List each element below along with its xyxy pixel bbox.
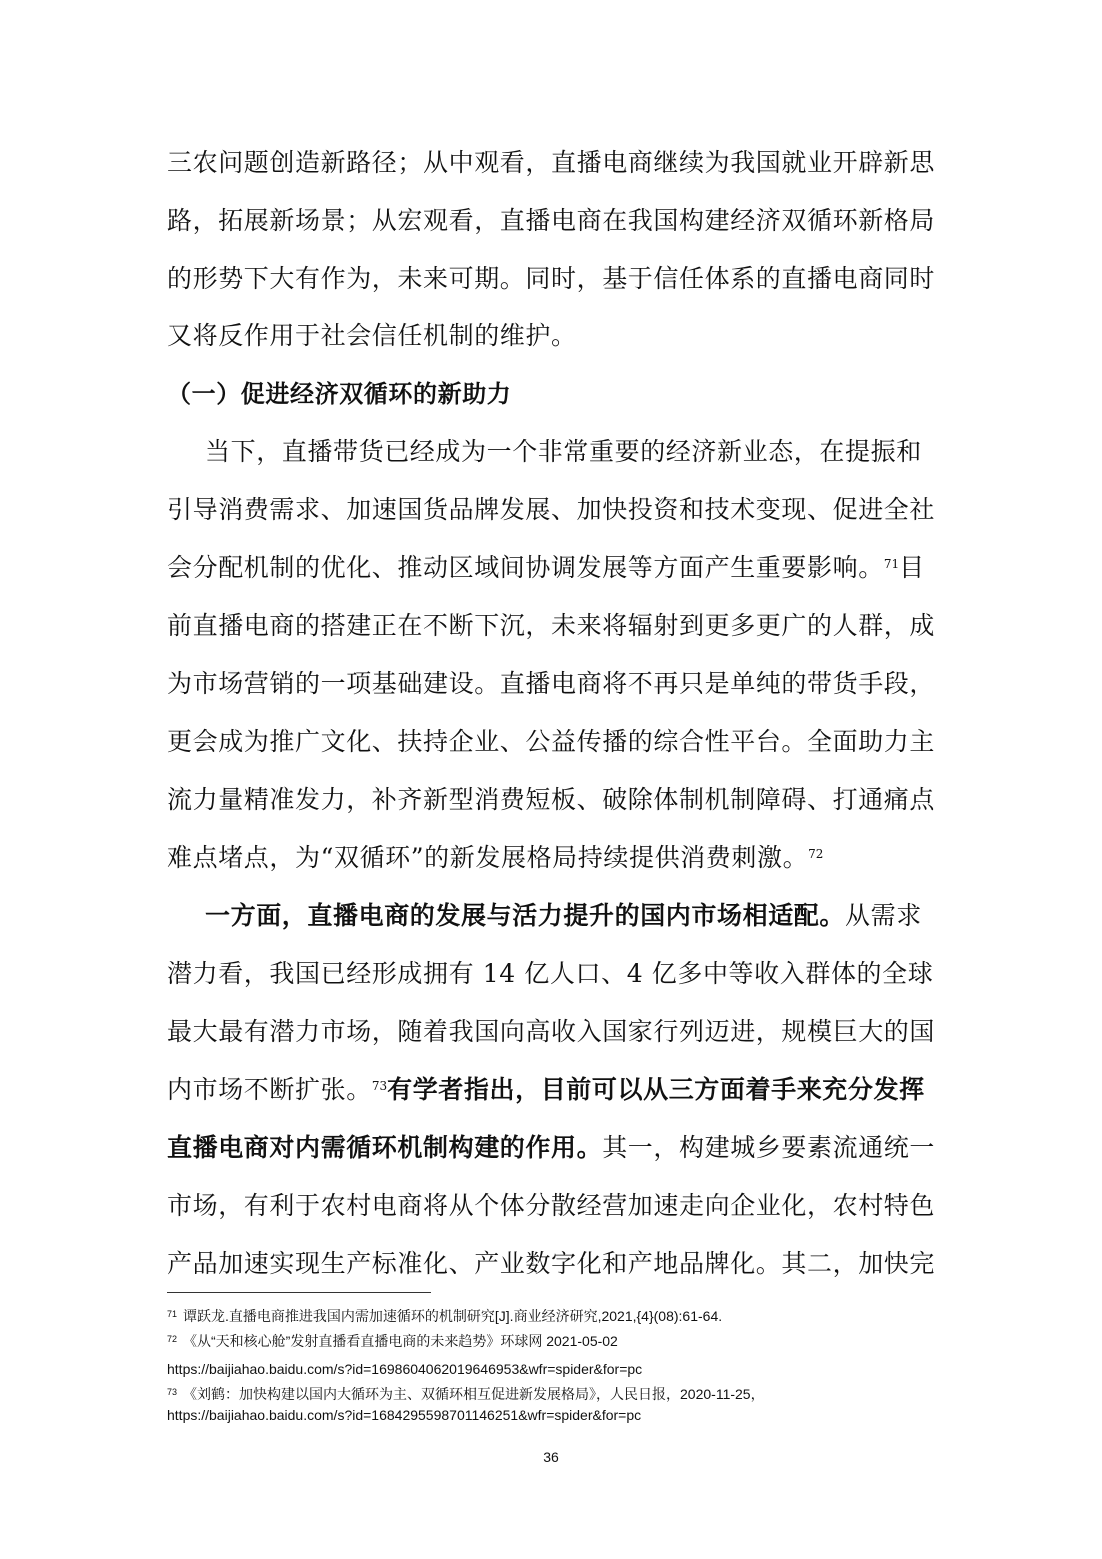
section-heading: （一）促进经济双循环的新助力: [167, 376, 937, 412]
footnote-71: 71谭跃龙.直播电商推进我国内需加速循环的机制研究[J].商业经济研究,2021…: [167, 1306, 722, 1326]
body-line: 内市场不断扩张。73有学者指出，目前可以从三方面着手来充分发挥: [167, 1072, 937, 1108]
footnote-number: 73: [167, 1387, 177, 1397]
body-line: 市场，有利于农村电商将从个体分散经营加速走向企业化，农村特色: [167, 1188, 937, 1224]
footnote-ref-72[interactable]: 72: [808, 847, 823, 861]
body-line: 前直播电商的搭建正在不断下沉，未来将辐射到更多更广的人群，成: [167, 608, 937, 644]
body-line: 一方面，直播电商的发展与活力提升的国内市场相适配。从需求: [205, 898, 937, 934]
body-line: 难点堵点，为“双循环”的新发展格局持续提供消费刺激。72: [167, 840, 937, 876]
footnote-number: 71: [167, 1309, 177, 1319]
body-line: 流力量精准发力，补齐新型消费短板、破除体制机制障碍、打通痛点: [167, 782, 937, 818]
body-line: 当下，直播带货已经成为一个非常重要的经济新业态，在提振和: [205, 434, 937, 470]
footnote-72: 72《从“天和核心舱”发射直播看直播电商的未来趋势》环球网 2021-05-02: [167, 1331, 618, 1351]
body-line: 路，拓展新场景；从宏观看，直播电商在我国构建经济双循环新格局: [167, 203, 937, 239]
body-line: 的形势下大有作为，未来可期。同时，基于信任体系的直播电商同时: [167, 261, 937, 297]
text-span: 难点堵点，为“双循环”的新发展格局持续提供消费刺激。: [167, 843, 808, 872]
text-span: 其一，构建城乡要素流通统一: [602, 1133, 935, 1162]
footnote-ref-73[interactable]: 73: [372, 1079, 387, 1093]
body-line: 又将反作用于社会信任机制的维护。: [167, 318, 937, 354]
text-span: 目: [899, 553, 925, 582]
footnote-divider: [167, 1292, 431, 1293]
footnote-73: 73《刘鹤：加快构建以国内大循环为主、双循环相互促进新发展格局》，人民日报，20…: [167, 1384, 765, 1404]
footnote-link[interactable]: https://baijiahao.baidu.com/s?id=1698604…: [167, 1361, 642, 1377]
document-page: 三农问题创造新路径；从中观看，直播电商继续为我国就业开辟新思 路，拓展新场景；从…: [0, 0, 1102, 1559]
text-span: 从需求: [845, 901, 922, 930]
body-line: 引导消费需求、加速国货品牌发展、加快投资和技术变现、促进全社: [167, 492, 937, 528]
footnote-link[interactable]: https://baijiahao.baidu.com/s?id=1684295…: [167, 1407, 641, 1423]
body-line: 产品加速实现生产标准化、产业数字化和产地品牌化。其二，加快完: [167, 1246, 937, 1282]
text-span: 内市场不断扩张。: [167, 1075, 372, 1104]
footnote-72-url[interactable]: https://baijiahao.baidu.com/s?id=1698604…: [167, 1359, 642, 1379]
body-line: 最大最有潜力市场，随着我国向高收入国家行列迈进，规模巨大的国: [167, 1014, 937, 1050]
body-line: 会分配机制的优化、推动区域间协调发展等方面产生重要影响。71目: [167, 550, 937, 586]
footnote-ref-71[interactable]: 71: [884, 557, 899, 571]
bold-text: 有学者指出，目前可以从三方面着手来充分发挥: [387, 1075, 925, 1104]
body-line: 直播电商对内需循环机制构建的作用。其一，构建城乡要素流通统一: [167, 1130, 937, 1166]
bold-text: 直播电商对内需循环机制构建的作用。: [167, 1133, 602, 1162]
body-line: 更会成为推广文化、扶持企业、公益传播的综合性平台。全面助力主: [167, 724, 937, 760]
body-line: 潜力看，我国已经形成拥有 14 亿人口、4 亿多中等收入群体的全球: [167, 956, 937, 992]
body-line: 为市场营销的一项基础建设。直播电商将不再只是单纯的带货手段，: [167, 666, 937, 702]
footnote-73-url[interactable]: https://baijiahao.baidu.com/s?id=1684295…: [167, 1405, 641, 1425]
footnote-number: 72: [167, 1334, 177, 1344]
footnote-text: 《从“天和核心舱”发射直播看直播电商的未来趋势》环球网 2021-05-02: [183, 1333, 618, 1349]
footnote-text: 《刘鹤：加快构建以国内大循环为主、双循环相互促进新发展格局》，人民日报，2020…: [183, 1386, 765, 1402]
text-span: 会分配机制的优化、推动区域间协调发展等方面产生重要影响。: [167, 553, 884, 582]
bold-text: 一方面，直播电商的发展与活力提升的国内市场相适配。: [205, 901, 845, 930]
footnote-text: 谭跃龙.直播电商推进我国内需加速循环的机制研究[J].商业经济研究,2021,{…: [183, 1308, 722, 1324]
body-line: 三农问题创造新路径；从中观看，直播电商继续为我国就业开辟新思: [167, 145, 937, 181]
page-number: 36: [0, 1449, 1102, 1465]
